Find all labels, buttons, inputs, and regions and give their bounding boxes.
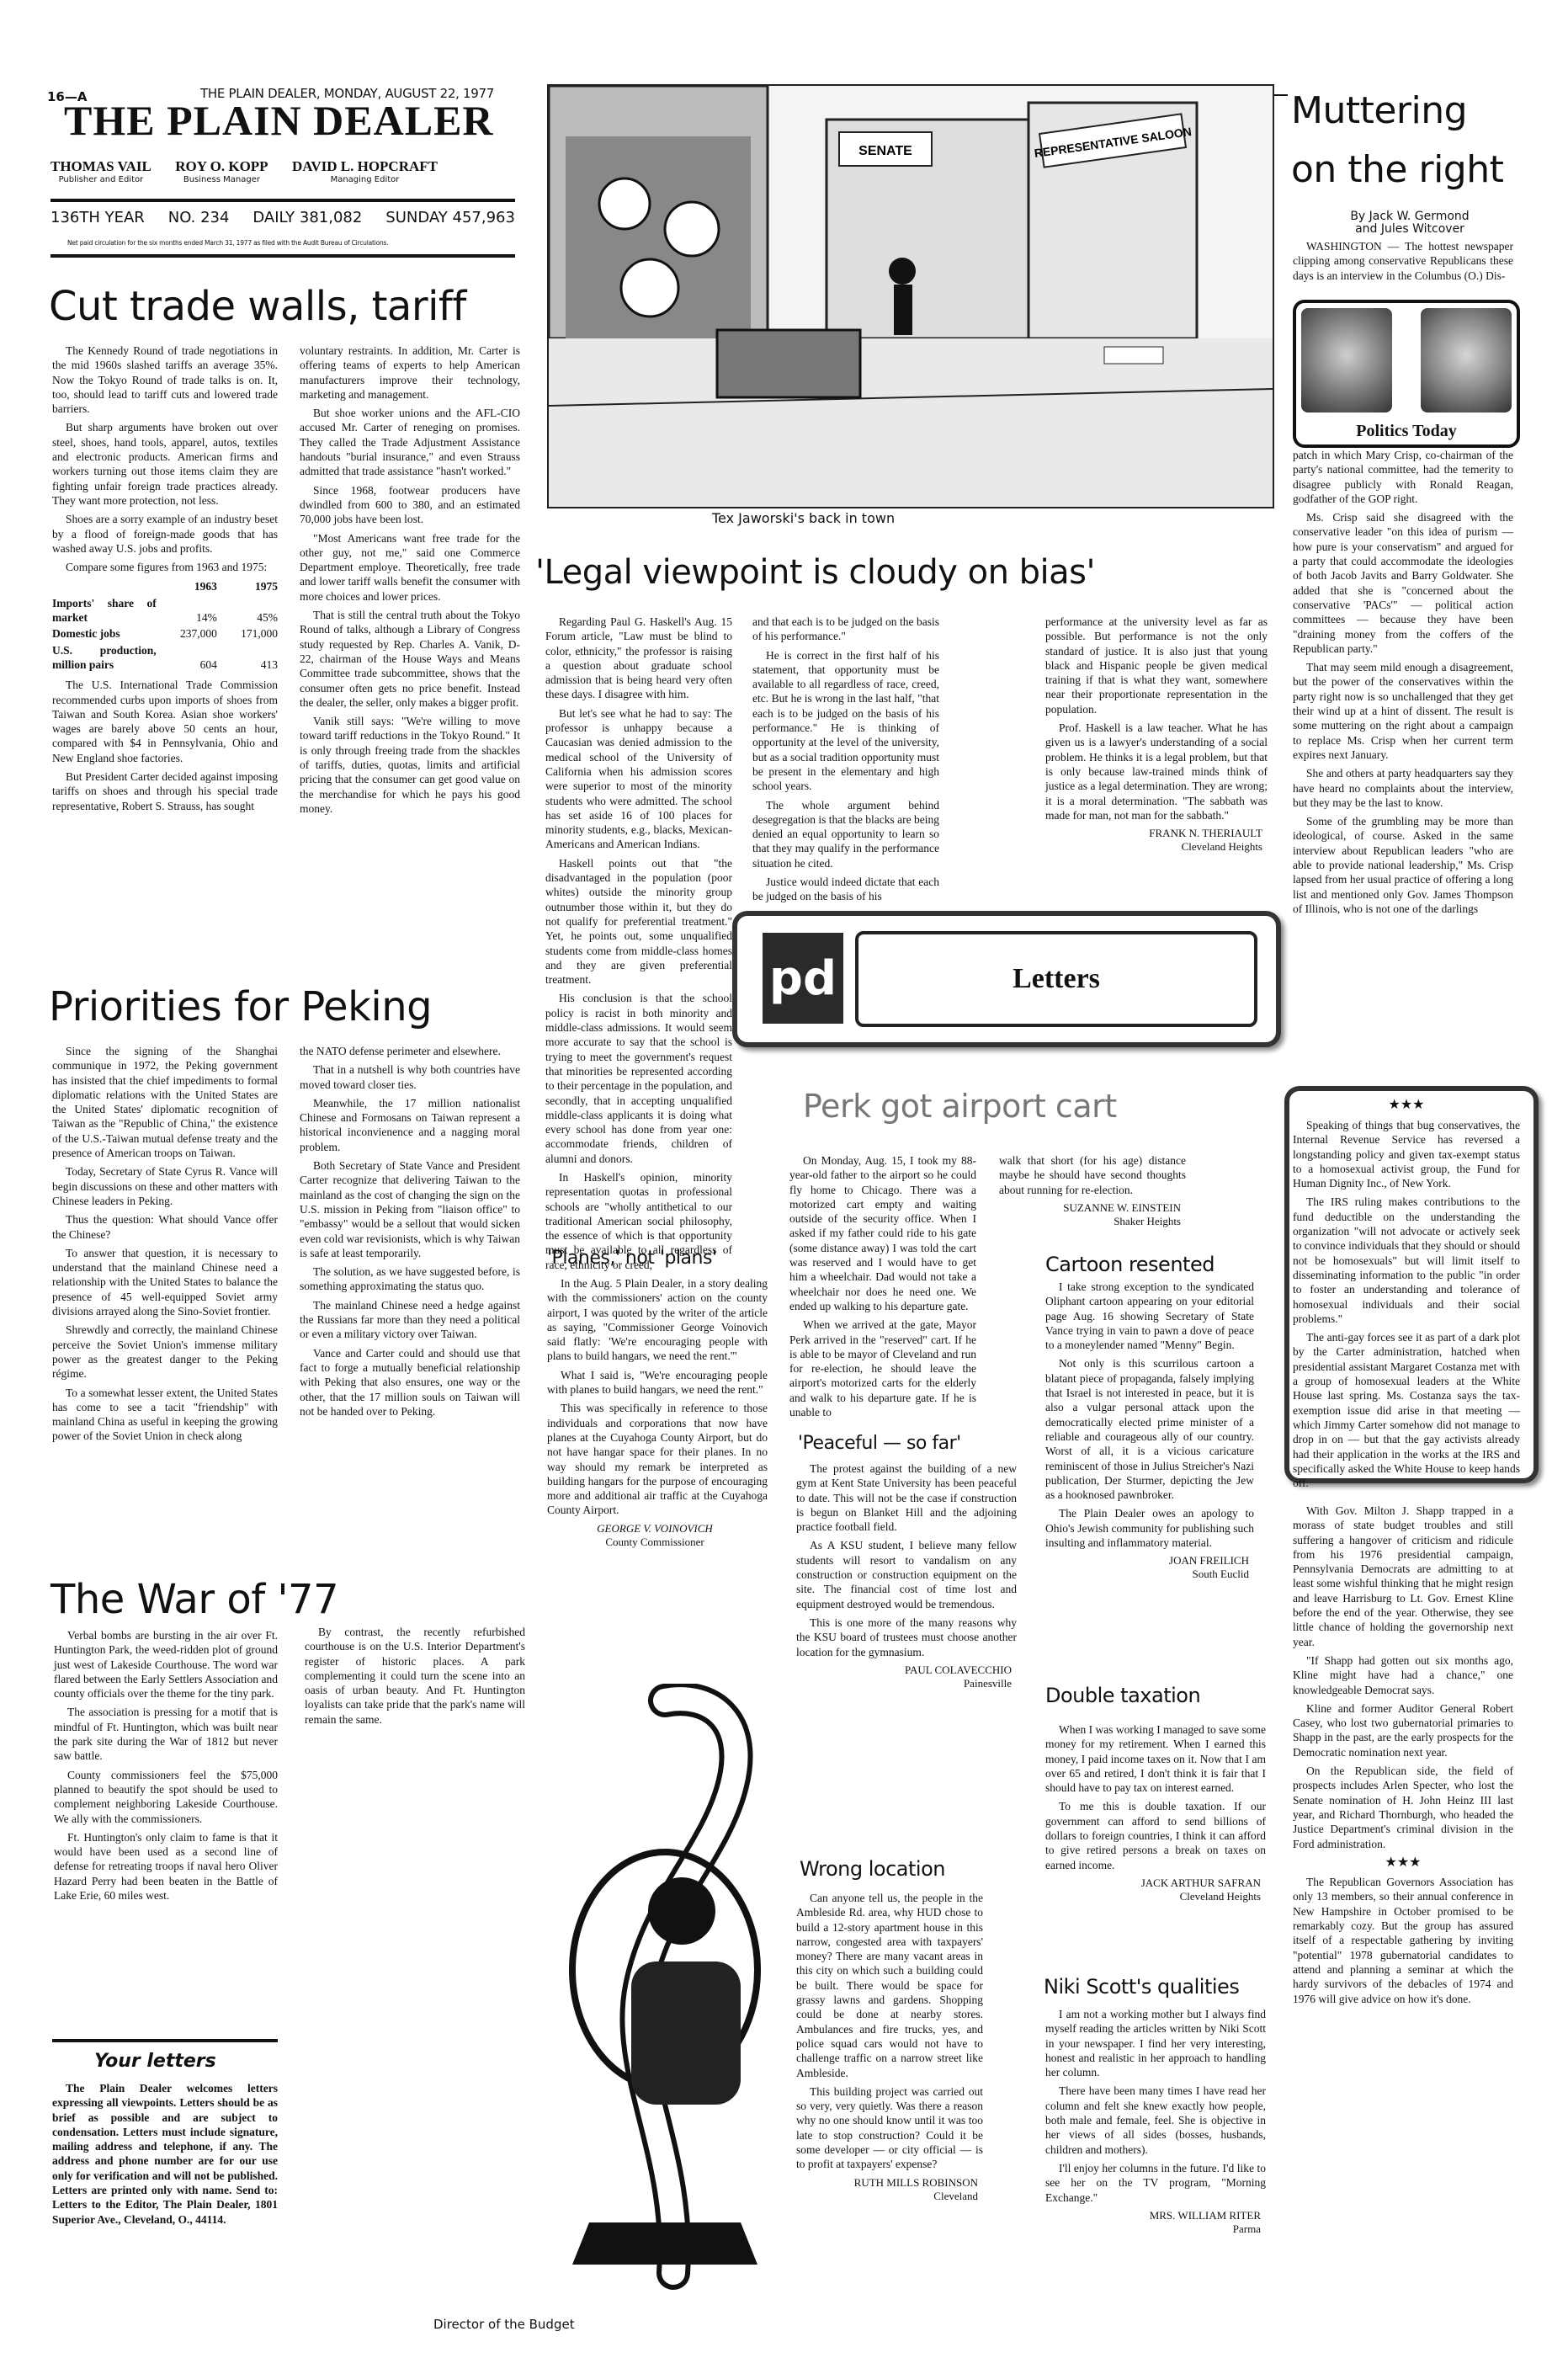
cartoon-resented-body: I take strong exception to the syndicate…	[1045, 1280, 1254, 1581]
letters-section-title: Letters	[1013, 963, 1100, 995]
politics-today-label: Politics Today	[1296, 422, 1517, 441]
headline-peking: Priorities for Peking	[49, 983, 432, 1030]
signature-perk: SUZANNE W. EINSTEIN Shaker Heights	[999, 1201, 1181, 1228]
masthead-staff: THOMAS VAIL Publisher and Editor ROY O. …	[50, 158, 438, 184]
column-body: patch in which Mary Crisp, co-chairman o…	[1293, 448, 1513, 920]
portrait-germond	[1301, 308, 1392, 413]
cartoon-caption-bottom: Director of the Budget	[433, 2317, 575, 2332]
war77-col-2: By contrast, the recently refurbished co…	[305, 1625, 525, 1731]
column-headline-line1: Muttering	[1291, 89, 1467, 133]
headline-perk: Perk got airport cart	[803, 1088, 1117, 1125]
section-divider-stars-2: ★★★	[1293, 1855, 1513, 1870]
saloon-cartoon-illustration: REPRESENTATIVE SALOON SENATE	[549, 86, 1273, 507]
budget-director-illustration	[539, 1684, 791, 2307]
headline-peaceful: 'Peaceful — so far'	[798, 1433, 961, 1454]
politics-today-logo: Politics Today	[1293, 300, 1520, 448]
masthead-circulation: 136TH YEAR NO. 234 DAILY 381,082 SUNDAY …	[50, 209, 515, 226]
signature-double-taxation: JACK ARTHUR SAFRAN Cleveland Heights	[1045, 1876, 1261, 1903]
masthead-rule-2	[50, 254, 515, 258]
headline-planes: 'Planes,' not 'plans'	[547, 1248, 716, 1269]
masthead-rule-1	[50, 199, 515, 202]
war77-col-1: Verbal bombs are bursting in the air ove…	[54, 1628, 278, 1907]
your-letters-rule	[52, 2039, 278, 2042]
headline-trade: Cut trade walls, tariff	[49, 283, 466, 330]
section-divider-stars: ★★★	[1293, 1096, 1520, 1113]
staff-publisher: THOMAS VAIL Publisher and Editor	[50, 158, 151, 184]
signature-wrong-location: RUTH MILLS ROBINSON Cleveland	[796, 2176, 978, 2203]
headline-niki-scott: Niki Scott's qualities	[1044, 1975, 1239, 1999]
table-header-row: 1963 1975	[52, 578, 278, 594]
signature-niki-scott: MRS. WILLIAM RITER Parma	[1045, 2209, 1261, 2236]
legal-col-1: Regarding Paul G. Haskell's Aug. 15 Foru…	[545, 615, 732, 1276]
trade-figures-table: 1963 1975 Imports' share of market 14% 4…	[52, 578, 278, 673]
svg-text:SENATE: SENATE	[858, 144, 912, 158]
signature-peaceful: PAUL COLAVECCHIO Painesville	[796, 1663, 1012, 1690]
daily-circulation: DAILY 381,082	[252, 209, 362, 226]
editorial-cartoon-budget	[539, 1684, 791, 2307]
sunday-circulation: SUNDAY 457,963	[385, 209, 515, 226]
column-headline-line2: on the right	[1291, 148, 1503, 192]
your-letters-title: Your letters	[94, 2051, 216, 2072]
legal-col-3: performance at the university level as f…	[1045, 615, 1268, 854]
double-taxation-body: When I was working I managed to save som…	[1045, 1722, 1266, 1903]
year-label: 136TH YEAR	[50, 209, 145, 226]
signature-cartoon-resented: JOAN FREILICH South Euclid	[1045, 1554, 1249, 1581]
portrait-witcover	[1421, 308, 1512, 413]
letters-logo-box: pd Letters	[732, 911, 1281, 1047]
table-row: Imports' share of market 14% 45%	[52, 595, 278, 626]
peaceful-body: The protest against the building of a ne…	[796, 1461, 1017, 1690]
peking-col-1: Since the signing of the Shanghai commun…	[52, 1044, 278, 1448]
niki-scott-body: I am not a working mother but I always f…	[1045, 2007, 1266, 2236]
cartoon-caption-top: Tex Jaworski's back in town	[712, 510, 895, 526]
your-letters-text: The Plain Dealer welcomes letters expres…	[52, 2081, 278, 2231]
masthead-title: THE PLAIN DEALER	[64, 98, 494, 143]
headline-cartoon-resented: Cartoon resented	[1045, 1253, 1215, 1276]
column-byline: By Jack W. Germond and Jules Witcover	[1296, 210, 1523, 236]
pd-logo: pd	[763, 933, 843, 1024]
table-row: Domestic jobs 237,000 171,000	[52, 625, 278, 641]
trade-col-2: voluntary restraints. In addition, Mr. C…	[300, 343, 520, 820]
wrong-location-body: Can anyone tell us, the people in the Am…	[796, 1891, 983, 2203]
legal-col-2: and that each is to be judged on the bas…	[752, 615, 939, 908]
perk-col-1: On Monday, Aug. 15, I took my 88-year-ol…	[789, 1153, 976, 1424]
headline-war77: The War of '77	[50, 1576, 338, 1623]
column-boxed-content: ★★★ Speaking of things that bug conserva…	[1293, 1093, 1520, 1494]
staff-managing-editor: DAVID L. HOPCRAFT Managing Editor	[292, 158, 438, 184]
letters-title-frame: Letters	[855, 931, 1257, 1027]
planes-body: In the Aug. 5 Plain Dealer, in a story d…	[547, 1276, 768, 1549]
peking-col-2: the NATO defense perimeter and elsewhere…	[300, 1044, 520, 1423]
staff-business-manager: ROY O. KOPP Business Manager	[175, 158, 268, 184]
headline-wrong-location: Wrong location	[800, 1857, 945, 1881]
signature-planes: GEORGE V. VOINOVICH County Commissioner	[547, 1522, 763, 1549]
column-after: With Gov. Milton J. Shapp trapped in a m…	[1293, 1504, 1513, 2010]
perk-col-2: walk that short (for his age) distance m…	[999, 1153, 1186, 1228]
editorial-cartoon-saloon: REPRESENTATIVE SALOON SENATE	[547, 84, 1274, 508]
signature-legal: FRANK N. THERIAULT Cleveland Heights	[1045, 827, 1262, 854]
column-lead: WASHINGTON — The hottest newspaper clipp…	[1293, 239, 1513, 287]
pd-logo-mark: pd	[769, 951, 837, 1006]
trade-col-1: The Kennedy Round of trade negotiations …	[52, 343, 278, 817]
headline-double-taxation: Double taxation	[1045, 1684, 1200, 1707]
headline-legal-viewpoint: 'Legal viewpoint is cloudy on bias'	[535, 552, 1095, 593]
issue-number: NO. 234	[168, 209, 230, 226]
table-row: U.S. production, million pairs 604 413	[52, 642, 278, 673]
circulation-note: Net paid circulation for the six months …	[67, 239, 388, 247]
